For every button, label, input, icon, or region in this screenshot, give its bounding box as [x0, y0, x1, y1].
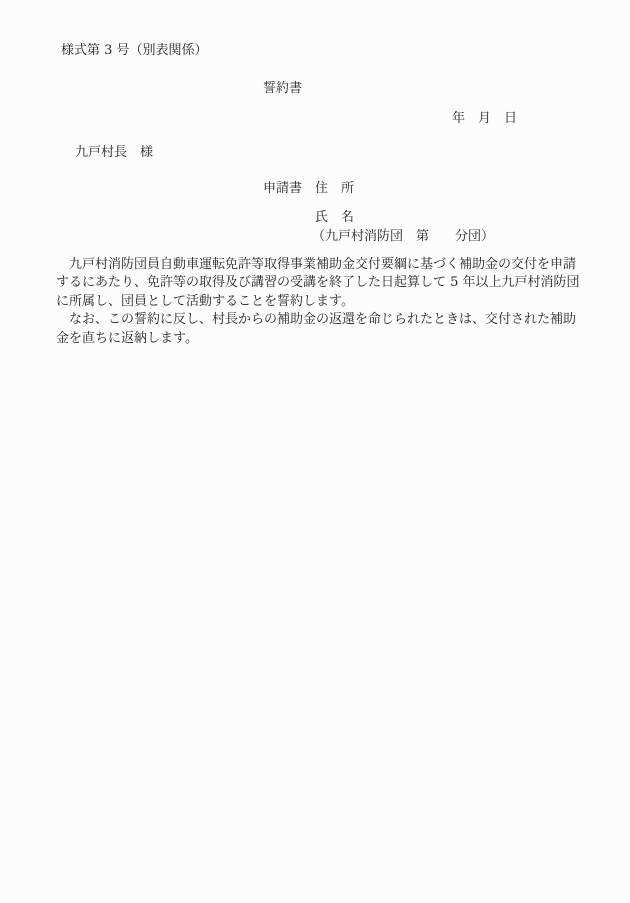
addressee-line: 九戸村長 様: [75, 144, 153, 162]
form-number: 様式第 3 号（別表関係）: [61, 42, 208, 60]
document-page: 様式第 3 号（別表関係） 誓約書 年 月 日 九戸村長 様 申請書 住 所 氏…: [0, 0, 630, 903]
pledge-body-line-5: 金を直ちに返納します。: [56, 330, 580, 348]
fire-brigade-division-note: （九戸村消防団 第 分団）: [312, 228, 494, 246]
name-label: 氏 名: [315, 209, 354, 227]
date-line: 年 月 日: [452, 110, 517, 128]
pledge-body-line-2: するにあたり、免許等の取得及び講習の受講を終了した日起算して 5 年以上九戸村消…: [56, 274, 580, 292]
applicant-address-label: 申請書 住 所: [263, 180, 354, 198]
document-title: 誓約書: [263, 80, 302, 98]
pledge-body-line-1: 九戸村消防団員自動車運転免許等取得事業補助金交付要綱に基づく補助金の交付を申請: [56, 256, 580, 274]
pledge-body-line-3: に所属し、団員として活動することを誓約します。: [56, 293, 580, 311]
pledge-body-line-4: なお、この誓約に反し、村長からの補助金の返還を命じられたときは、交付された補助: [56, 311, 580, 329]
pledge-body: 九戸村消防団員自動車運転免許等取得事業補助金交付要綱に基づく補助金の交付を申請 …: [56, 256, 580, 348]
